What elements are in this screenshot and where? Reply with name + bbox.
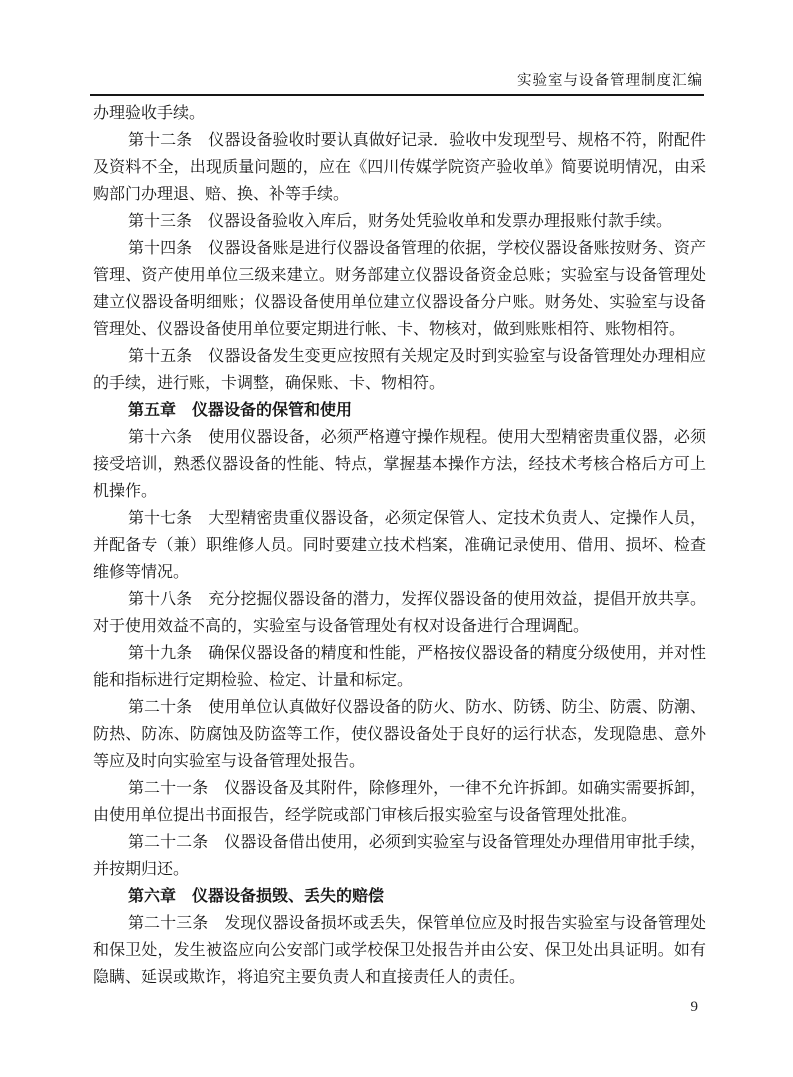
paragraph: 第二十三条 发现仪器设备损坏或丢失，保管单位应及时报告实验室与设备管理处和保卫处… — [93, 910, 706, 991]
paragraph: 第二十条 使用单位认真做好仪器设备的防火、防水、防锈、防尘、防震、防潮、防热、防… — [93, 694, 706, 775]
document-body: 办理验收手续。第十二条 仪器设备验收时要认真做好记录．验收中发现型号、规格不符，… — [93, 100, 706, 991]
document-page: 实验室与设备管理制度汇编 办理验收手续。第十二条 仪器设备验收时要认真做好记录．… — [0, 0, 793, 1077]
chapter-heading: 第六章 仪器设备损毁、丢失的赔偿 — [93, 883, 706, 910]
paragraph: 第十六条 使用仪器设备，必须严格遵守操作规程。使用大型精密贵重仪器，必须接受培训… — [93, 424, 706, 505]
paragraph: 第十八条 充分挖掘仪器设备的潜力，发挥仪器设备的使用效益，提倡开放共享。对于使用… — [93, 586, 706, 640]
chapter-heading: 第五章 仪器设备的保管和使用 — [93, 397, 706, 424]
page-header: 实验室与设备管理制度汇编 — [90, 71, 703, 91]
paragraph: 第十九条 确保仪器设备的精度和性能，严格按仪器设备的精度分级使用，并对性能和指标… — [93, 640, 706, 694]
paragraph: 第十五条 仪器设备发生变更应按照有关规定及时到实验室与设备管理处办理相应的手续，… — [93, 343, 706, 397]
paragraph: 第二十一条 仪器设备及其附件，除修理外，一律不允许拆卸。如确实需要拆卸，由使用单… — [93, 775, 706, 829]
page-number: 9 — [691, 999, 699, 1015]
paragraph: 第十二条 仪器设备验收时要认真做好记录．验收中发现型号、规格不符，附配件及资料不… — [93, 127, 706, 208]
header-rule — [90, 94, 704, 96]
paragraph: 办理验收手续。 — [93, 100, 706, 127]
paragraph: 第十七条 大型精密贵重仪器设备，必须定保管人、定技术负责人、定操作人员，并配备专… — [93, 505, 706, 586]
header-title: 实验室与设备管理制度汇编 — [517, 73, 703, 89]
paragraph: 第二十二条 仪器设备借出使用，必须到实验室与设备管理处办理借用审批手续，并按期归… — [93, 829, 706, 883]
paragraph: 第十三条 仪器设备验收入库后，财务处凭验收单和发票办理报账付款手续。 — [93, 208, 706, 235]
page-footer: 9 — [93, 997, 698, 1017]
paragraph: 第十四条 仪器设备账是进行仪器设备管理的依据，学校仪器设备账按财务、资产管理、资… — [93, 235, 706, 343]
